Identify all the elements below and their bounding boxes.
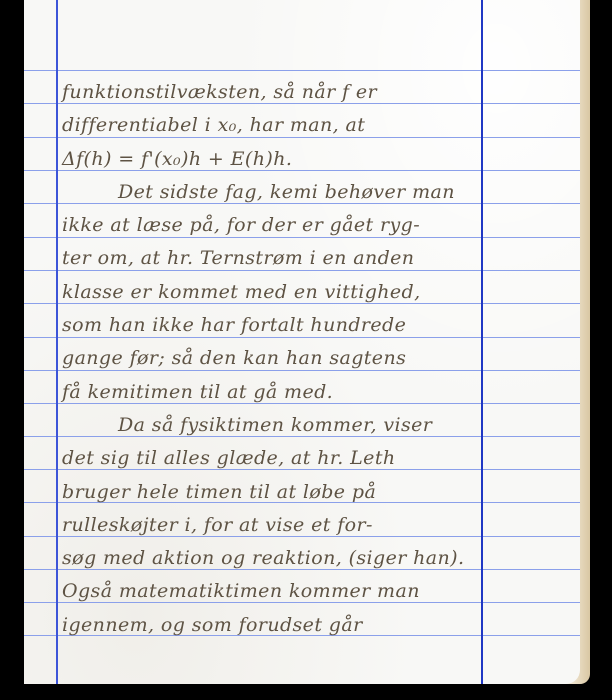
text-line: klasse er kommet med en vittighed,	[62, 276, 486, 309]
text-line: igennem, og som forudset går	[62, 609, 486, 642]
text-line: som han ikke har fortalt hundrede	[62, 309, 486, 342]
text-line: funktionstilvæksten, så når f er	[62, 76, 486, 109]
rule-line	[24, 70, 580, 71]
text-line: Også matematiktimen kommer man	[62, 575, 486, 608]
text-line: ter om, at hr. Ternstrøm i en anden	[62, 242, 486, 275]
text-line: søg med aktion og reaktion, (siger han).	[62, 542, 486, 575]
text-line: gange før; så den kan han sagtens	[62, 342, 486, 375]
text-line: bruger hele timen til at løbe på	[62, 476, 486, 509]
text-line: ikke at læse på, for der er gået ryg-	[62, 209, 486, 242]
text-line: få kemitimen til at gå med.	[62, 376, 486, 409]
left-margin-line	[56, 0, 58, 684]
notebook-page: funktionstilvæksten, så når f er differe…	[24, 0, 580, 684]
text-line-formula: Δf(h) = f'(x₀)h + E(h)h.	[62, 143, 486, 176]
text-line-paragraph-start: Da så fysiktimen kommer, viser	[62, 409, 486, 442]
text-line: rulleskøjter i, for at vise et for-	[62, 509, 486, 542]
text-line-paragraph-start: Det sidste fag, kemi behøver man	[62, 176, 486, 209]
text-line: differentiabel i x₀, har man, at	[62, 109, 486, 142]
text-line: det sig til alles glæde, at hr. Leth	[62, 442, 486, 475]
handwritten-text: funktionstilvæksten, så når f er differe…	[62, 76, 486, 642]
